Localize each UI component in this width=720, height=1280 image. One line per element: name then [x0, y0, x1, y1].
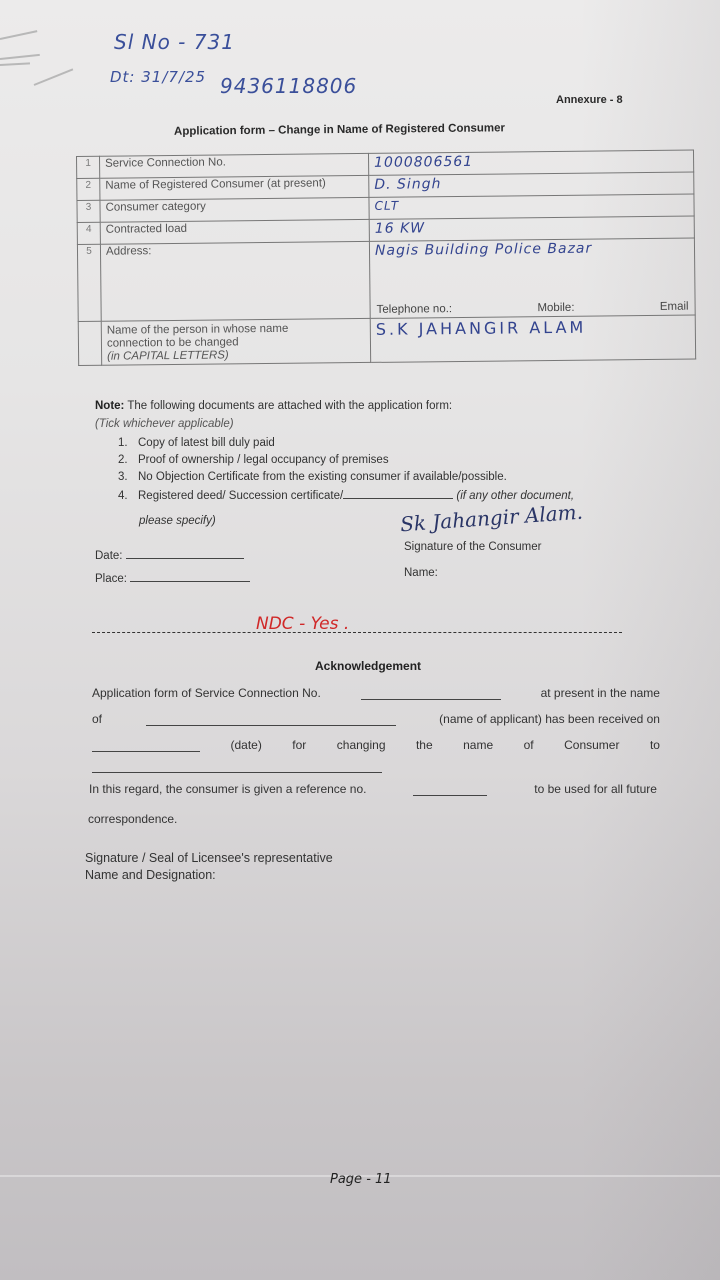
item-text: No Objection Certificate from the existi…: [138, 471, 507, 483]
licensee-block: Signature / Seal of Licensee's represent…: [85, 850, 333, 884]
ack-date-field[interactable]: [92, 741, 200, 752]
place-row: Place:: [95, 571, 250, 585]
row-label: Service Connection No.: [100, 153, 369, 178]
row-number: 3: [77, 200, 100, 222]
row-number: 2: [77, 178, 100, 200]
date-row: Date:: [95, 548, 244, 562]
documents-list: 1.Copy of latest bill duly paid 2.Proof …: [118, 437, 574, 505]
row-label: Contracted load: [100, 219, 369, 244]
telephone-label: Telephone no.:: [377, 303, 453, 316]
ack-text: to be used for all future: [534, 782, 657, 796]
ack-line-6: correspondence.: [88, 812, 177, 826]
ack-text: of: [92, 712, 102, 726]
service-connection-value: 1000806561: [374, 154, 473, 171]
ack-word: for: [292, 738, 306, 752]
contracted-load-value: 16 KW: [375, 220, 425, 237]
ack-word: changing: [337, 738, 386, 752]
ack-line-5: In this regard, the consumer is given a …: [89, 782, 657, 796]
pen-stroke: [34, 68, 74, 86]
ack-service-connection-field[interactable]: [361, 689, 501, 700]
annexure-label: Annexure - 8: [556, 94, 623, 106]
row-number: 1: [77, 156, 100, 178]
signature-label: Signature of the Consumer: [404, 541, 541, 553]
registered-consumer-value: D. Singh: [374, 176, 441, 193]
item-number: 1.: [118, 437, 138, 449]
ack-line-3: (date) for changing the name of Consumer…: [92, 738, 660, 752]
ack-word: the: [416, 738, 433, 752]
address-field[interactable]: Nagis Building Police Bazar Telephone no…: [369, 238, 695, 318]
email-label: Email: [660, 301, 689, 313]
application-table: 1 Service Connection No. 1000806561 2 Na…: [76, 150, 696, 366]
label-line: (in CAPITAL LETTERS): [107, 348, 365, 364]
item-suffix: (if any other document,: [456, 490, 574, 502]
contact-labels: Telephone no.: Mobile: Email: [377, 301, 689, 316]
pen-stroke: [0, 54, 40, 60]
new-name-value: S.K JAHANGIR ALAM: [376, 318, 587, 339]
acknowledgement-title: Acknowledgement: [315, 659, 421, 673]
licensee-name-label: Name and Designation:: [85, 867, 333, 884]
row-number: 5: [77, 244, 101, 321]
table-row: Name of the person in whose name connect…: [78, 315, 695, 365]
item-number: 2.: [118, 454, 138, 466]
handwritten-phone: 9436118806: [220, 74, 357, 98]
ack-applicant-name-field[interactable]: [146, 715, 396, 726]
ndc-annotation: NDC - Yes .: [256, 614, 349, 634]
pen-stroke: [0, 62, 30, 66]
row-number: 4: [77, 222, 100, 244]
ack-text: at present in the name: [541, 686, 660, 700]
table-row: 5 Address: Nagis Building Police Bazar T…: [77, 238, 695, 321]
place-field[interactable]: [130, 571, 250, 582]
list-item[interactable]: 4.Registered deed/ Succession certificat…: [118, 488, 574, 505]
handwritten-date: Dt: 31/7/25: [110, 68, 206, 86]
date-label: Date:: [95, 550, 123, 562]
item-text: Proof of ownership / legal occupancy of …: [138, 454, 389, 466]
address-value: Nagis Building Police Bazar: [375, 241, 592, 259]
note-text: The following documents are attached wit…: [127, 400, 452, 412]
row-label: Address:: [100, 241, 370, 321]
handwritten-page-number: Page - 11: [330, 1172, 392, 1187]
consumer-category-value: CLT: [374, 199, 399, 213]
ack-text: In this regard, the consumer is given a …: [89, 782, 366, 796]
new-name-field[interactable]: S.K JAHANGIR ALAM: [370, 315, 695, 362]
name-label: Name:: [404, 567, 438, 579]
item-number: 4.: [118, 490, 138, 502]
consumer-signature: Sk Jahangir Alam.: [399, 500, 583, 537]
handwritten-serial-no: Sl No - 731: [114, 30, 235, 54]
ack-reference-no-field[interactable]: [413, 785, 487, 796]
mobile-label: Mobile:: [537, 302, 574, 314]
ack-new-consumer-field[interactable]: [92, 762, 382, 773]
item-text: Registered deed/ Succession certificate/: [138, 490, 343, 502]
pen-stroke: [0, 30, 37, 40]
form-title: Application form – Change in Name of Reg…: [174, 122, 505, 137]
item-number: 3.: [118, 471, 138, 483]
new-name-label: Name of the person in whose name connect…: [101, 318, 370, 365]
ack-line-1: Application form of Service Connection N…: [92, 686, 660, 700]
ack-word: name: [463, 738, 493, 752]
ack-text: Application form of Service Connection N…: [92, 686, 321, 700]
note: Note: The following documents are attach…: [95, 400, 452, 412]
other-document-field[interactable]: [343, 488, 453, 499]
date-field[interactable]: [126, 548, 244, 559]
ack-text: (name of applicant) has been received on: [439, 712, 660, 726]
row-number: [78, 321, 101, 365]
list-item[interactable]: 1.Copy of latest bill duly paid: [118, 437, 574, 454]
row-label: Consumer category: [100, 197, 369, 222]
ack-word: of: [524, 738, 534, 752]
tick-hint: (Tick whichever applicable): [95, 418, 234, 430]
list-item[interactable]: 2.Proof of ownership / legal occupancy o…: [118, 454, 574, 471]
ack-word: to: [650, 738, 660, 752]
ack-word: Consumer: [564, 738, 619, 752]
licensee-signature-label: Signature / Seal of Licensee's represent…: [85, 850, 333, 867]
ack-line-2: of (name of applicant) has been received…: [92, 712, 660, 726]
item-text: Copy of latest bill duly paid: [138, 437, 275, 449]
list-item[interactable]: 3.No Objection Certificate from the exis…: [118, 471, 574, 488]
ack-word: (date): [230, 738, 261, 752]
ack-line-4: [92, 762, 660, 773]
note-prefix: Note:: [95, 400, 124, 412]
cut-line-divider: [92, 632, 622, 633]
row-label: Name of Registered Consumer (at present): [100, 175, 369, 200]
place-label: Place:: [95, 573, 127, 585]
specify-text: please specify): [139, 515, 216, 527]
